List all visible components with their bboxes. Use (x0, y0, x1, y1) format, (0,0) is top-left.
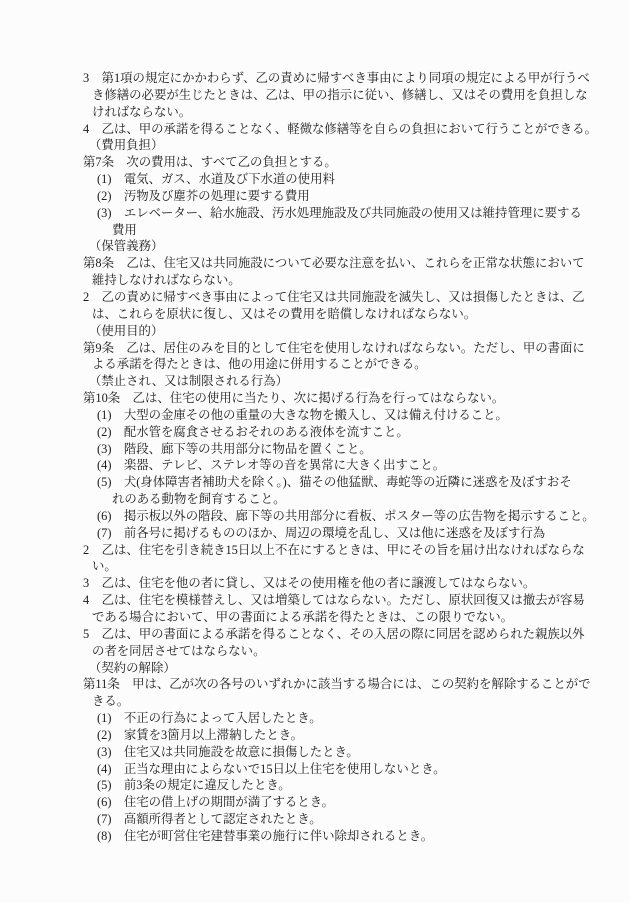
document-line: (2) 家賃を3箇月以上滞納したとき。 (83, 727, 593, 744)
document-line: (2) 汚物及び塵芥の処理に要する費用 (83, 188, 593, 205)
document-line: 2 乙は、住宅を引き続き15日以上不在にするときは、甲にその旨を届け出なければな… (83, 542, 593, 559)
document-line: は、これらを原状に復し、又はその費用を賠償しなければならない。 (83, 306, 593, 323)
document-line: 費用 (83, 222, 593, 239)
document-line: き修繕の必要が生じたときは、乙は、甲の指示に従い、修繕し、又はその費用を負担しな (83, 87, 593, 104)
document-line: である場合において、甲の書面による承諾を得たときは、この限りでない。 (83, 609, 593, 626)
document-line: (3) エレベーター、給水施設、汚水処理施設及び共同施設の使用又は維持管理に要す… (83, 205, 593, 222)
document-page: 3 第1項の規定にかかわらず、乙の責めに帰すべき事由により同項の規定による甲が行… (0, 0, 630, 903)
document-line: 4 乙は、住宅を模様替えし、又は増築してはならない。ただし、原状回復又は撤去が容… (83, 592, 593, 609)
document-line: (2) 配水管を腐食させるおそれのある液体を流すこと。 (83, 424, 593, 441)
document-line: (7) 前各号に掲げるもののほか、周辺の環境を乱し、又は他に迷惑を及ぼす行為 (83, 525, 593, 542)
document-line: 5 乙は、甲の書面による承諾を得ることなく、その入居の際に同居を認められた親族以… (83, 626, 593, 643)
document-line: 維持しなければならない。 (83, 272, 593, 289)
document-line: (3) 階段、廊下等の共用部分に物品を置くこと。 (83, 441, 593, 458)
document-line: （禁止され、又は制限される行為） (83, 373, 593, 390)
document-line: (1) 電気、ガス、水道及び下水道の使用料 (83, 171, 593, 188)
document-line: (7) 高額所得者として認定されたとき。 (83, 811, 593, 828)
document-line: い。 (83, 558, 593, 575)
document-line: (3) 住宅又は共同施設を故意に損傷したとき。 (83, 744, 593, 761)
document-line: (8) 住宅が町営住宅建替事業の施行に伴い除却されるとき。 (83, 828, 593, 845)
document-line: 第7条 次の費用は、すべて乙の負担とする。 (83, 154, 593, 171)
document-line: （費用負担） (83, 137, 593, 154)
document-line: (1) 大型の金庫その他の重量の大きな物を搬入し、又は備え付けること。 (83, 407, 593, 424)
document-line: 4 乙は、甲の承諾を得ることなく、軽微な修繕等を自らの負担において行うことができ… (83, 121, 593, 138)
document-line: よる承諾を得たときは、他の用途に併用することができる。 (83, 356, 593, 373)
document-line: (5) 前3条の規定に違反したとき。 (83, 777, 593, 794)
document-line: （使用目的） (83, 323, 593, 340)
document-line: （保管義務） (83, 238, 593, 255)
document-line: （契約の解除） (83, 660, 593, 677)
document-line: ければならない。 (83, 104, 593, 121)
document-line: 第9条 乙は、居住のみを目的として住宅を使用しなければならない。ただし、甲の書面… (83, 340, 593, 357)
document-line: れのある動物を飼育すること。 (83, 491, 593, 508)
document-line: 2 乙の責めに帰すべき事由によって住宅又は共同施設を滅失し、又は損傷したときは、… (83, 289, 593, 306)
document-line: (1) 不正の行為によって入居したとき。 (83, 710, 593, 727)
document-line: の者を同居させてはならない。 (83, 643, 593, 660)
document-line: (4) 楽器、テレビ、ステレオ等の音を異常に大きく出すこと。 (83, 457, 593, 474)
document-line: 第8条 乙は、住宅又は共同施設について必要な注意を払い、これらを正常な状態におい… (83, 255, 593, 272)
document-line: (4) 正当な理由によらないで15日以上住宅を使用しないとき。 (83, 761, 593, 778)
document-line: 第10条 乙は、住宅の使用に当たり、次に掲げる行為を行ってはならない。 (83, 390, 593, 407)
document-line: (6) 住宅の借上げの期間が満了するとき。 (83, 794, 593, 811)
document-line: 第11条 甲は、乙が次の各号のいずれかに該当する場合には、この契約を解除すること… (83, 676, 593, 693)
document-line: (6) 掲示板以外の階段、廊下等の共用部分に看板、ポスター等の広告物を掲示するこ… (83, 508, 593, 525)
document-line: 3 乙は、住宅を他の者に貸し、又はその使用権を他の者に譲渡してはならない。 (83, 575, 593, 592)
document-text-block: 3 第1項の規定にかかわらず、乙の責めに帰すべき事由により同項の規定による甲が行… (83, 70, 593, 845)
document-line: (5) 犬(身体障害者補助犬を除く。)、猫その他猛獣、毒蛇等の近隣に迷惑を及ぼす… (83, 474, 593, 491)
document-line: 3 第1項の規定にかかわらず、乙の責めに帰すべき事由により同項の規定による甲が行… (83, 70, 593, 87)
document-line: きる。 (83, 693, 593, 710)
